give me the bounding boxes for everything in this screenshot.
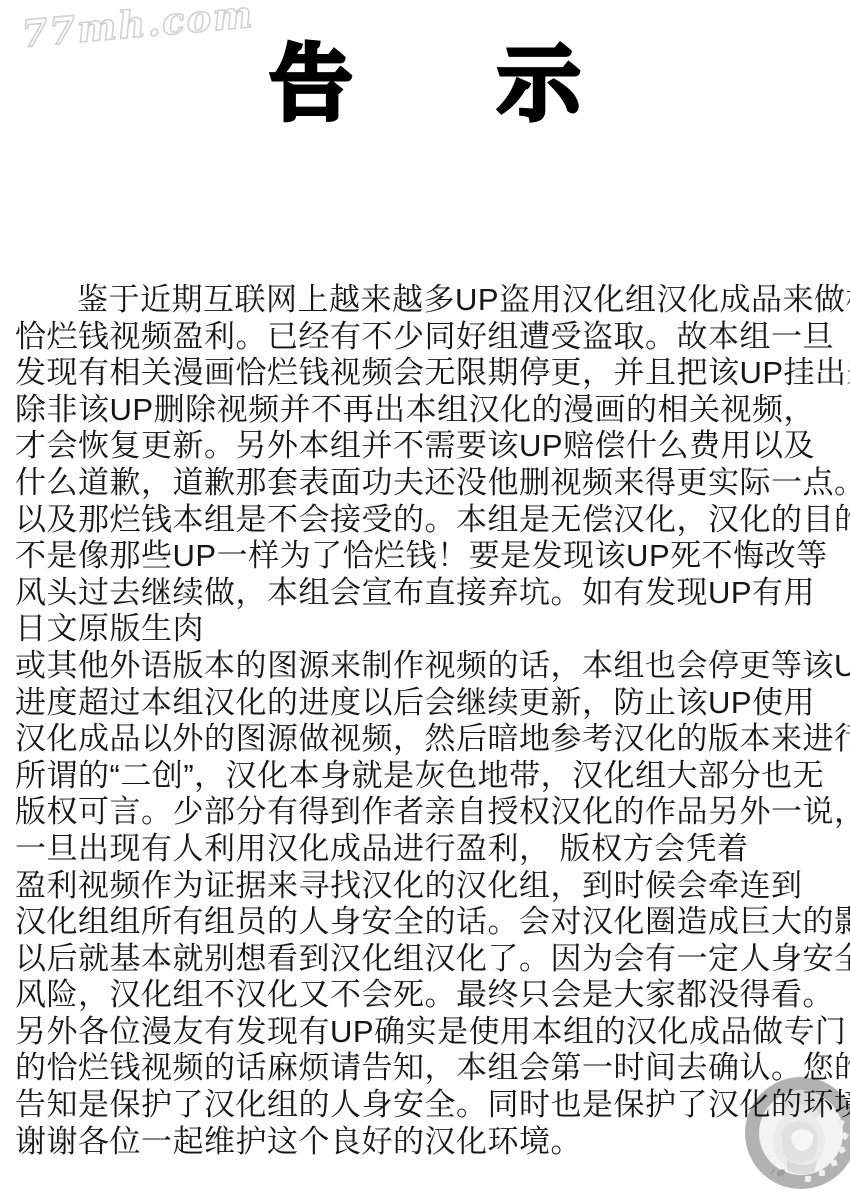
notice-line: 以后就基本就别想看到汉化组汉化了。因为会有一定人身安全的 (15, 941, 850, 978)
notice-line: 汉化组组所有组员的人身安全的话。会对汉化圈造成巨大的影响， (15, 904, 850, 941)
notice-line: 恰烂钱视频盈利。已经有不少同好组遭受盗取。故本组一旦 (15, 319, 850, 356)
notice-line: 才会恢复更新。另外本组并不需要该UP赔偿什么费用以及 (15, 428, 850, 465)
notice-line: 什么道歉，道歉那套表面功夫还没他删视频来得更实际一点。 (15, 465, 850, 502)
notice-line: 另外各位漫友有发现有UP确实是使用本组的汉化成品做专门 (15, 1014, 850, 1051)
notice-line: 汉化成品以外的图源做视频，然后暗地参考汉化的版本来进行 (15, 721, 850, 758)
notice-page: 77mh.com 告 示 鉴于近期互联网上越来越多UP盗用汉化组汉化成品来做相关… (0, 0, 850, 1200)
notice-line: 一旦出现有人利用汉化成品进行盈利， 版权方会凭着 (15, 831, 850, 868)
title-char-shi: 示 (498, 36, 580, 134)
title-char-gao: 告 (270, 36, 352, 134)
notice-line: 所谓的“二创”，汉化本身就是灰色地带，汉化组大部分也无 (15, 758, 850, 795)
notice-line: 盈利视频作为证据来寻找汉化的汉化组，到时候会牵连到 (15, 868, 850, 905)
notice-line: 风险，汉化组不汉化又不会死。最终只会是大家都没得看。 (15, 977, 850, 1014)
notice-line: 或其他外语版本的图源来制作视频的话，本组也会停更等该UP的 (15, 648, 850, 685)
notice-line: 日文原版生肉 (15, 611, 850, 648)
notice-line: 发现有相关漫画恰烂钱视频会无限期停更，并且把该UP挂出来， (15, 355, 850, 392)
notice-line: 进度超过本组汉化的进度以后会继续更新，防止该UP使用 (15, 685, 850, 722)
notice-line: 风头过去继续做，本组会宣布直接弃坑。如有发现UP有用 (15, 575, 850, 612)
notice-line: 不是像那些UP一样为了恰烂钱！要是发现该UP死不悔改等 (15, 538, 850, 575)
notice-line: 以及那烂钱本组是不会接受的。本组是无偿汉化，汉化的目的 (15, 502, 850, 539)
notice-line: 谢谢各位一起维护这个良好的汉化环境。 (15, 1124, 850, 1161)
page-title: 告 示 (0, 36, 850, 134)
notice-line: 版权可言。少部分有得到作者亲自授权汉化的作品另外一说， (15, 794, 850, 831)
notice-line: 告知是保护了汉化组的人身安全。同时也是保护了汉化的环境 (15, 1087, 850, 1124)
notice-line: 除非该UP删除视频并不再出本组汉化的漫画的相关视频， (15, 392, 850, 429)
notice-body: 鉴于近期互联网上越来越多UP盗用汉化组汉化成品来做相关恰烂钱视频盈利。已经有不少… (15, 282, 850, 1160)
notice-line: 鉴于近期互联网上越来越多UP盗用汉化组汉化成品来做相关 (15, 282, 850, 319)
notice-line: 的恰烂钱视频的话麻烦请告知，本组会第一时间去确认。您的 (15, 1050, 850, 1087)
